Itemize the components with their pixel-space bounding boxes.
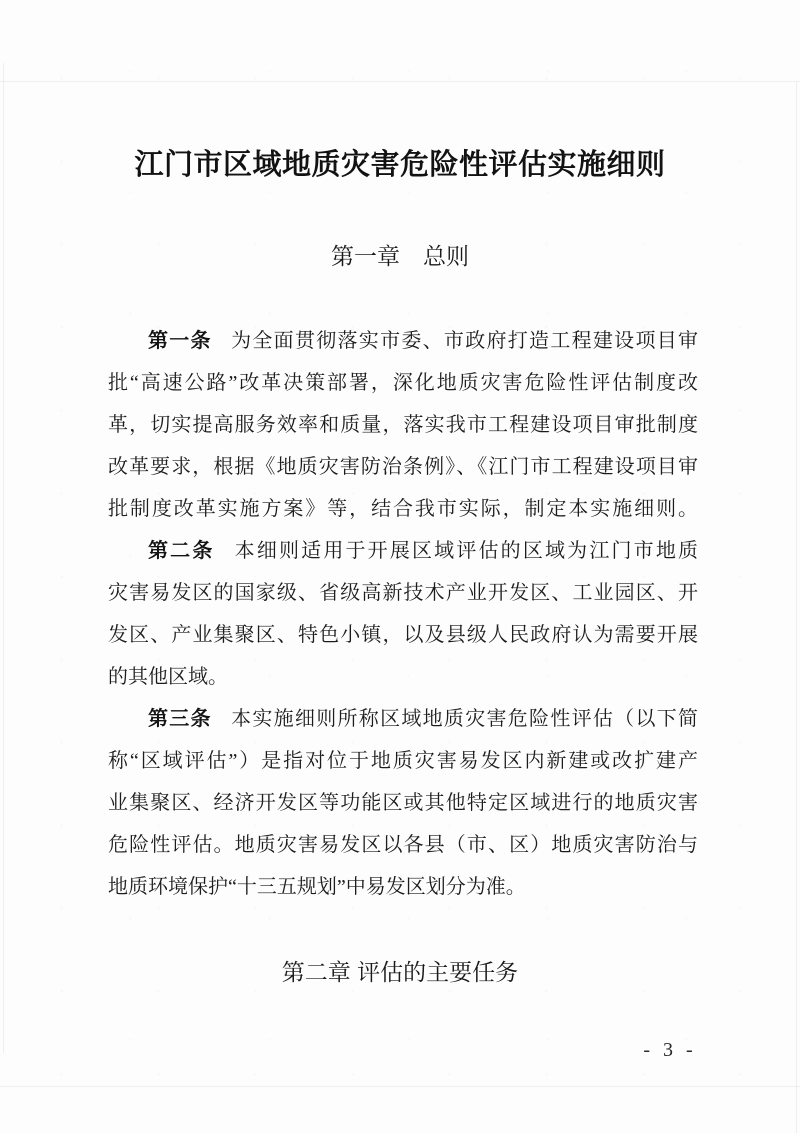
- paper-edge-left: [3, 63, 4, 1053]
- document-body: 第一条为全面贯彻落实市委、市政府打造工程建设项目审批“高速公路”改革决策部署，深…: [108, 320, 698, 908]
- article-1-line-3: 革，切实提高服务效率和质量，落实我市工程建设项目审批制度: [108, 404, 698, 446]
- article-1-line-5: 批制度改革实施方案》等，结合我市实际，制定本实施细则。: [108, 488, 698, 530]
- article-1-line-2: 批“高速公路”改革决策部署，深化地质灾害危险性评估制度改: [108, 362, 698, 404]
- article-1-label: 第一条: [148, 330, 212, 352]
- article-3-line-5: 地质环境保护“十三五规划”中易发区划分为准。: [108, 866, 698, 908]
- document-title: 江门市区域地质灾害危险性评估实施细则: [0, 147, 800, 183]
- article-3-line-1: 第三条本实施细则所称区域地质灾害危险性评估（以下简: [108, 698, 698, 740]
- article-2-text: 本细则适用于开展区域评估的区域为江门市地质: [233, 540, 699, 562]
- article-2-label: 第二条: [148, 540, 215, 562]
- article-3-text: 本实施细则所称区域地质灾害危险性评估（以下简: [230, 708, 698, 730]
- article-3-line-4: 危险性评估。地质灾害易发区以各县（市、区）地质灾害防治与: [108, 824, 698, 866]
- article-3-line-2: 称“区域评估”）是指对位于地质灾害易发区内新建或改扩建产: [108, 740, 698, 782]
- article-1-line-4: 改革要求，根据《地质灾害防治条例》、《江门市工程建设项目审: [108, 446, 698, 488]
- article-3-line-3: 业集聚区、经济开发区等功能区或其他特定区域进行的地质灾害: [108, 782, 698, 824]
- page-number: - 3 -: [640, 1039, 700, 1062]
- article-2-line-4: 的其他区域。: [108, 656, 698, 698]
- chapter-1-heading: 第一章 总则: [0, 242, 800, 270]
- chapter-2-heading: 第二章 评估的主要任务: [0, 958, 800, 986]
- article-1-text: 为全面贯彻落实市委、市政府打造工程建设项目审: [230, 330, 698, 352]
- article-2-line-1: 第二条本细则适用于开展区域评估的区域为江门市地质: [108, 530, 698, 572]
- article-3-label: 第三条: [148, 708, 212, 730]
- article-2-line-3: 发区、产业集聚区、特色小镇，以及县级人民政府认为需要开展: [108, 614, 698, 656]
- article-2-line-2: 灾害易发区的国家级、省级高新技术产业开发区、工业园区、开: [108, 572, 698, 614]
- paper-edge-bottom: [0, 1086, 800, 1087]
- article-1-line-1: 第一条为全面贯彻落实市委、市政府打造工程建设项目审: [108, 320, 698, 362]
- paper-edge-top: [0, 81, 800, 82]
